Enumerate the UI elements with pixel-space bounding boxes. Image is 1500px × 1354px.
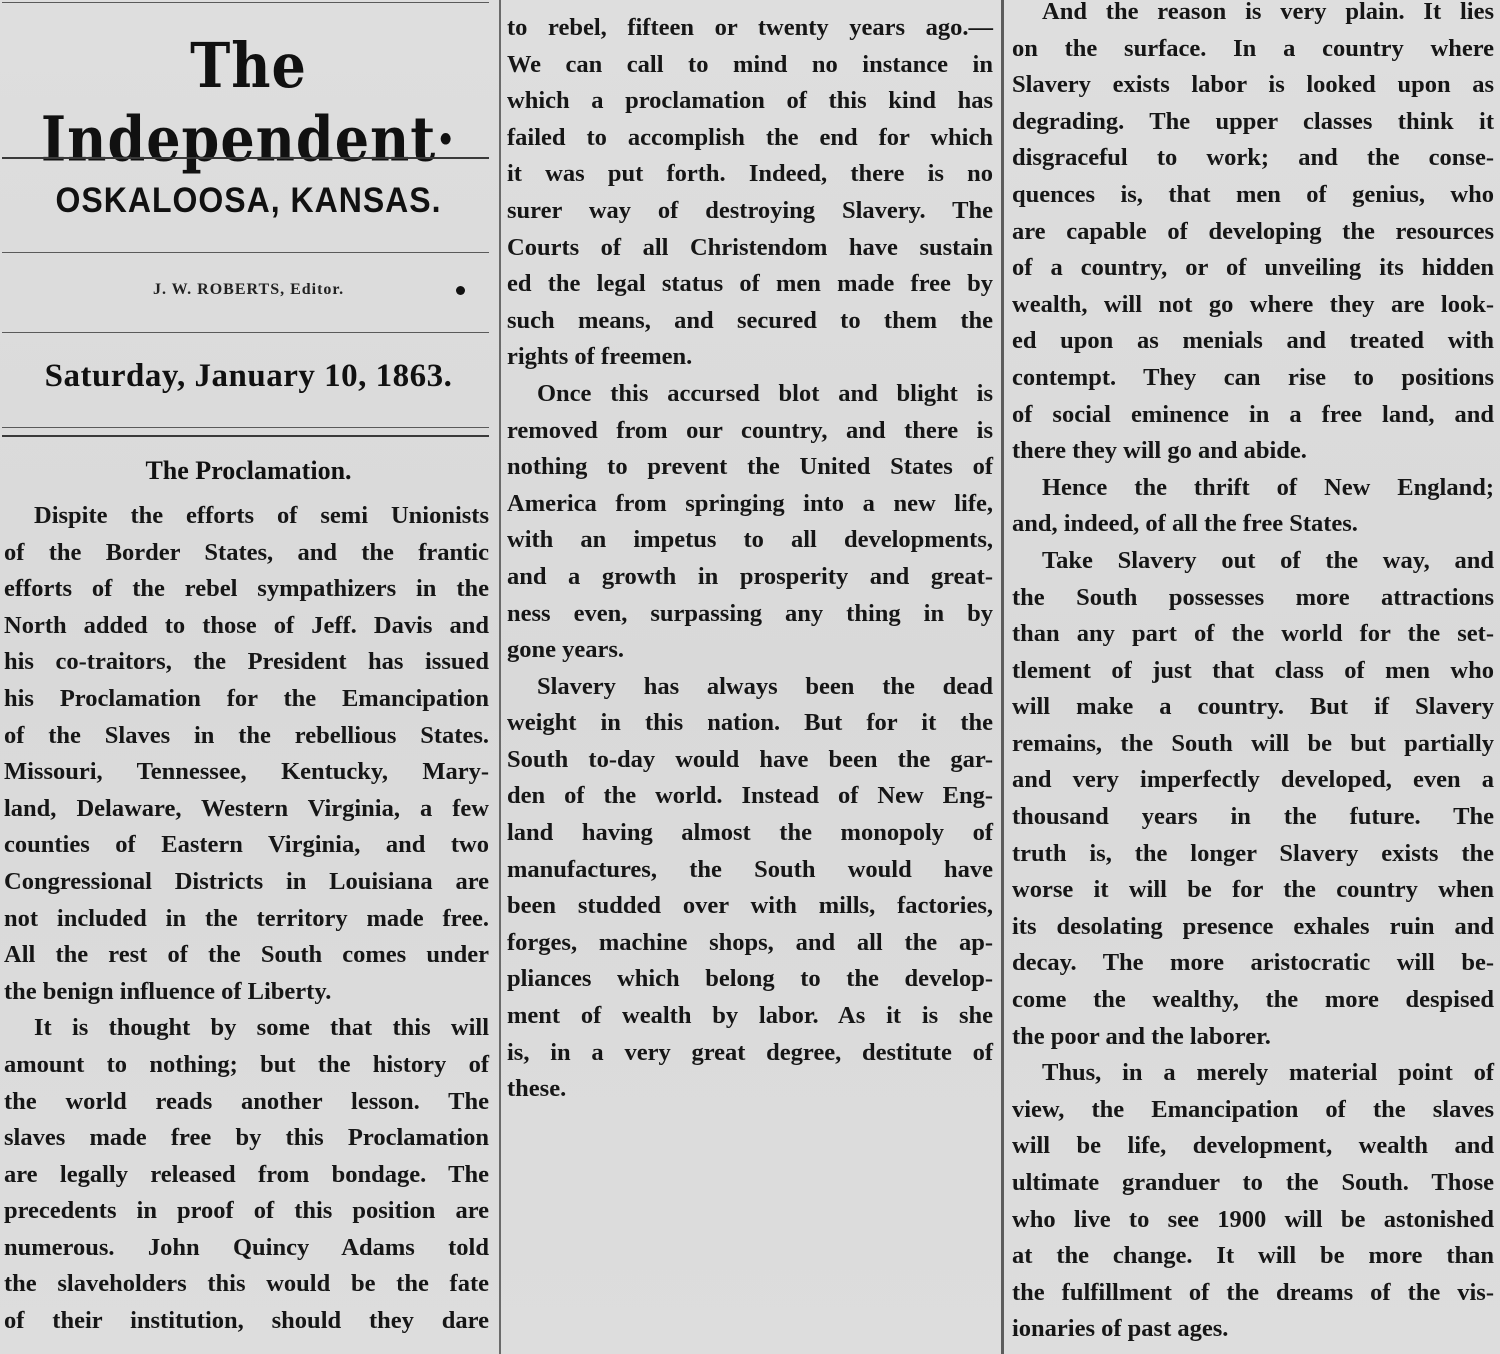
text-line: view, the Emancipation of the slaves xyxy=(1012,1092,1494,1129)
text-line: pliances which belong to the develop- xyxy=(507,961,993,998)
text-line: the poor and the laborer. xyxy=(1012,1019,1494,1056)
text-line: it was put forth. Indeed, there is no xyxy=(507,156,993,193)
masthead-rule-2 xyxy=(2,252,489,253)
text-line: ment of wealth by labor. As it is she xyxy=(507,998,993,1035)
text-line: failed to accomplish the end for which xyxy=(507,120,993,157)
top-rule xyxy=(2,2,489,3)
text-line: ed upon as menials and treated with xyxy=(1012,323,1494,360)
text-line: wealth, will not go where they are look- xyxy=(1012,287,1494,324)
text-line: Slavery has always been the dead xyxy=(507,669,993,706)
text-line: And the reason is very plain. It lies xyxy=(1012,0,1494,31)
text-line: and a growth in prosperity and great- xyxy=(507,559,993,596)
text-line: at the change. It will be more than xyxy=(1012,1238,1494,1275)
text-line: weight in this nation. But for it the xyxy=(507,705,993,742)
text-line: remains, the South will be but partially xyxy=(1012,726,1494,763)
text-line: will make a country. But if Slavery xyxy=(1012,689,1494,726)
text-line: We can call to mind no instance in xyxy=(507,47,993,84)
text-line: nothing to prevent the United States of xyxy=(507,449,993,486)
text-line: efforts of the rebel sympathizers in the xyxy=(4,571,489,608)
text-line: the fulfillment of the dreams of the vis… xyxy=(1012,1275,1494,1312)
text-line: the world reads another lesson. The xyxy=(4,1084,489,1121)
masthead-date: Saturday, January 10, 1863. xyxy=(0,358,497,395)
text-line: rights of freemen. xyxy=(507,339,993,376)
text-line: Slavery exists labor is looked upon as xyxy=(1012,67,1494,104)
text-line: come the wealthy, the more despised xyxy=(1012,982,1494,1019)
text-line: Once this accursed blot and blight is xyxy=(507,376,993,413)
text-line: worse it will be for the country when xyxy=(1012,872,1494,909)
text-line: to rebel, fifteen or twenty years ago.— xyxy=(507,10,993,47)
text-line: surer way of destroying Slavery. The xyxy=(507,193,993,230)
text-line: removed from our country, and there is xyxy=(507,413,993,450)
column-3-text: And the reason is very plain. It lies on… xyxy=(1012,0,1494,1348)
text-line: of social eminence in a free land, and xyxy=(1012,397,1494,434)
masthead-rule-1 xyxy=(2,157,489,159)
date-rule-1 xyxy=(2,427,489,428)
column-2-text: to rebel, fifteen or twenty years ago.— … xyxy=(507,10,993,1108)
text-line: of the Slaves in the rebellious States. xyxy=(4,718,489,755)
text-line: thousand years in the future. The xyxy=(1012,799,1494,836)
text-line: of a country, or of unveiling its hidden xyxy=(1012,250,1494,287)
text-line: land having almost the monopoly of xyxy=(507,815,993,852)
column-2: to rebel, fifteen or twenty years ago.— … xyxy=(499,0,999,1354)
text-line: its desolating presence exhales ruin and xyxy=(1012,909,1494,946)
masthead-title: The Independent· xyxy=(0,28,497,175)
text-line: of the Border States, and the frantic xyxy=(4,535,489,572)
column-1-text: Dispite the efforts of semi Unionists of… xyxy=(4,498,489,1340)
text-line: these. xyxy=(507,1071,993,1108)
text-line: not included in the territory made free. xyxy=(4,901,489,938)
text-line: tlement of just that class of men who xyxy=(1012,653,1494,690)
text-line: his co-traitors, the President has issue… xyxy=(4,644,489,681)
newspaper-page: The Independent· OSKALOOSA, KANSAS. J. W… xyxy=(0,0,1500,1354)
text-line: Missouri, Tennessee, Kentucky, Mary- xyxy=(4,754,489,791)
text-line: Congressional Districts in Louisiana are xyxy=(4,864,489,901)
masthead-rule-3 xyxy=(2,332,489,333)
masthead-editor: J. W. ROBERTS, Editor. xyxy=(0,281,497,299)
masthead-place: OSKALOOSA, KANSAS. xyxy=(0,180,497,221)
ornament-dot xyxy=(456,286,465,295)
text-line: than any part of the world for the set- xyxy=(1012,616,1494,653)
text-line: and very imperfectly developed, even a xyxy=(1012,762,1494,799)
text-line: North added to those of Jeff. Davis and xyxy=(4,608,489,645)
text-line: den of the world. Instead of New Eng- xyxy=(507,778,993,815)
text-line: are legally released from bondage. The xyxy=(4,1157,489,1194)
text-line: the slaveholders this would be the fate xyxy=(4,1266,489,1303)
article-title: The Proclamation. xyxy=(0,456,497,486)
text-line: counties of Eastern Virginia, and two xyxy=(4,827,489,864)
text-line: is, in a very great degree, destitute of xyxy=(507,1035,993,1072)
text-line: manufactures, the South would have xyxy=(507,852,993,889)
text-line: All the rest of the South comes under xyxy=(4,937,489,974)
text-line: numerous. John Quincy Adams told xyxy=(4,1230,489,1267)
text-line: who live to see 1900 will be astonished xyxy=(1012,1202,1494,1239)
text-line: with an impetus to all developments, xyxy=(507,522,993,559)
text-line: will be life, development, wealth and xyxy=(1012,1128,1494,1165)
text-line: gone years. xyxy=(507,632,993,669)
text-line: the South possesses more attractions xyxy=(1012,580,1494,617)
text-line: there they will go and abide. xyxy=(1012,433,1494,470)
column-1: The Independent· OSKALOOSA, KANSAS. J. W… xyxy=(0,0,497,1354)
text-line: on the surface. In a country where xyxy=(1012,31,1494,68)
text-line: Courts of all Christendom have sustain xyxy=(507,230,993,267)
text-line: decay. The more aristocratic will be- xyxy=(1012,945,1494,982)
text-line: his Proclamation for the Emancipation xyxy=(4,681,489,718)
text-line: Thus, in a merely material point of xyxy=(1012,1055,1494,1092)
text-line: of their institution, should they dare xyxy=(4,1303,489,1340)
text-line: It is thought by some that this will xyxy=(4,1010,489,1047)
date-rule-2 xyxy=(2,435,489,437)
text-line: slaves made free by this Proclamation xyxy=(4,1120,489,1157)
text-line: truth is, the longer Slavery exists the xyxy=(1012,836,1494,873)
text-line: America from springing into a new life, xyxy=(507,486,993,523)
text-line: amount to nothing; but the history of xyxy=(4,1047,489,1084)
text-line: forges, machine shops, and all the ap- xyxy=(507,925,993,962)
text-line: Hence the thrift of New England; xyxy=(1012,470,1494,507)
text-line: quences is, that men of genius, who xyxy=(1012,177,1494,214)
text-line: South to-day would have been the gar- xyxy=(507,742,993,779)
text-line: Dispite the efforts of semi Unionists xyxy=(4,498,489,535)
text-line: ness even, surpassing any thing in by xyxy=(507,596,993,633)
text-line: ultimate granduer to the South. Those xyxy=(1012,1165,1494,1202)
text-line: and, indeed, of all the free States. xyxy=(1012,506,1494,543)
text-line: contempt. They can rise to positions xyxy=(1012,360,1494,397)
text-line: disgraceful to work; and the conse- xyxy=(1012,140,1494,177)
text-line: such means, and secured to them the xyxy=(507,303,993,340)
text-line: been studded over with mills, factories, xyxy=(507,888,993,925)
text-line: degrading. The upper classes think it xyxy=(1012,104,1494,141)
text-line: ed the legal status of men made free by xyxy=(507,266,993,303)
text-line: Take Slavery out of the way, and xyxy=(1012,543,1494,580)
text-line: ionaries of past ages. xyxy=(1012,1311,1494,1348)
text-line: precedents in proof of this position are xyxy=(4,1193,489,1230)
text-line: are capable of developing the resources xyxy=(1012,214,1494,251)
text-line: land, Delaware, Western Virginia, a few xyxy=(4,791,489,828)
text-line: the benign influence of Liberty. xyxy=(4,974,489,1011)
text-line: which a proclamation of this kind has xyxy=(507,83,993,120)
column-3: And the reason is very plain. It lies on… xyxy=(1001,0,1500,1354)
